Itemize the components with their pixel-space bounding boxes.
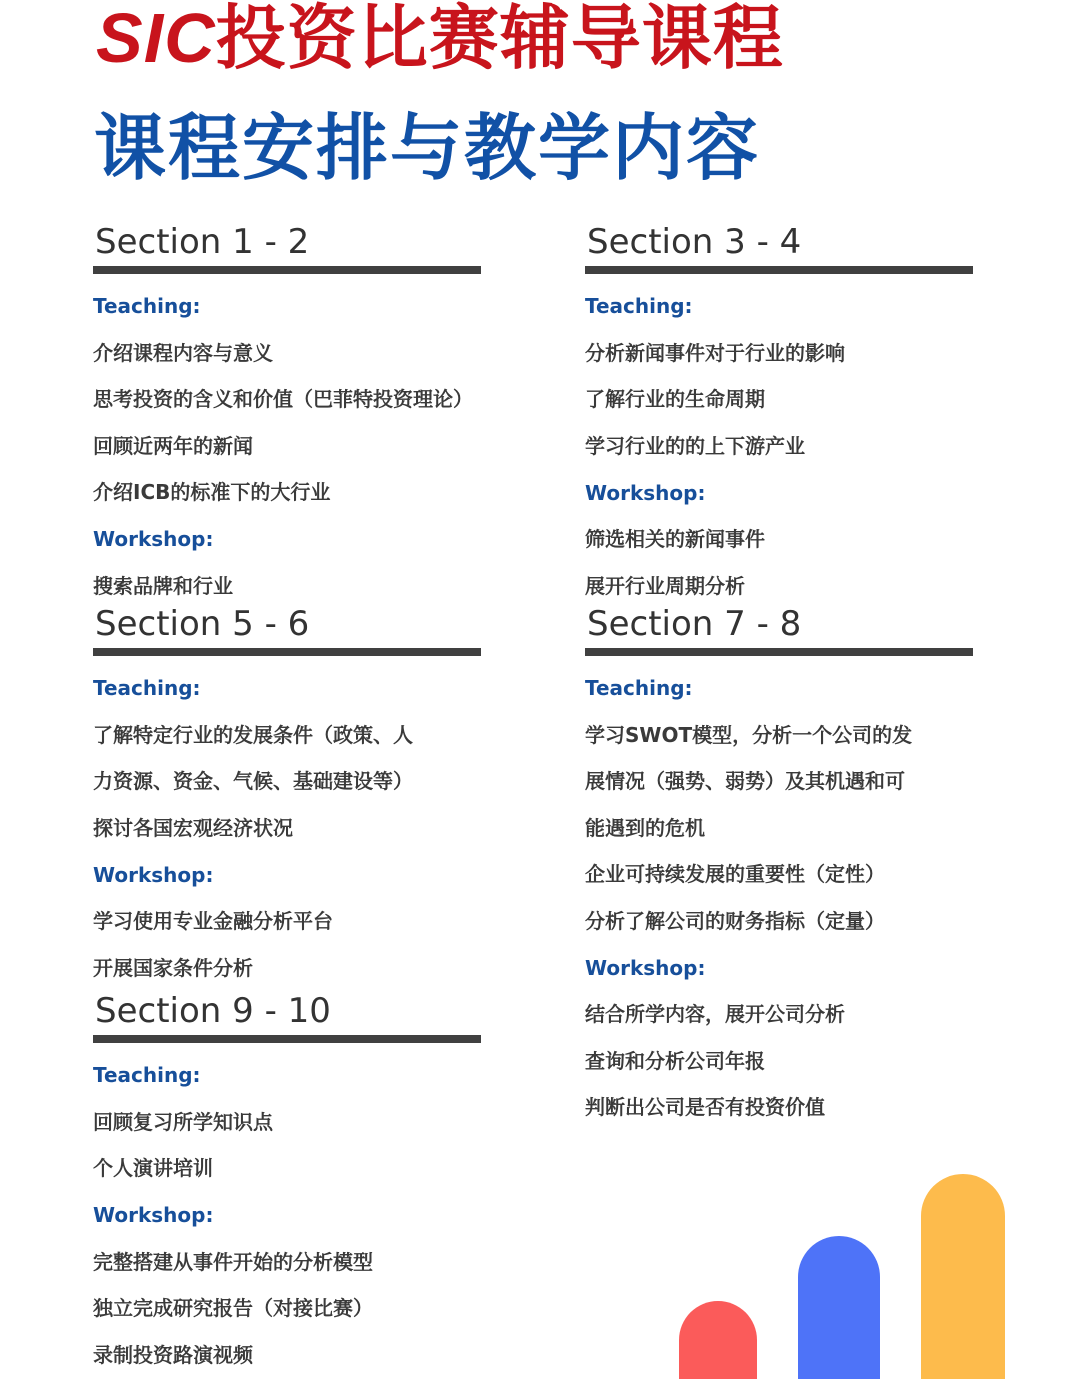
list-item: 完整搭建从事件开始的分析模型	[93, 1252, 483, 1272]
section-divider	[93, 266, 481, 274]
workshop-label: Workshop:	[93, 865, 483, 885]
section-title: Section 7 - 8	[585, 604, 975, 644]
list-item: 结合所学内容，展开公司分析	[585, 1004, 975, 1024]
list-item: 分析新闻事件对于行业的影响	[585, 343, 975, 363]
section-1-2: Section 1 - 2 Teaching: 介绍课程内容与意义 思考投资的含…	[93, 222, 483, 596]
list-item: 学习行业的的上下游产业	[585, 436, 975, 456]
workshop-label: Workshop:	[93, 529, 483, 549]
yellow-bar-icon	[921, 1174, 1005, 1379]
section-title: Section 5 - 6	[93, 604, 483, 644]
list-item: 了解特定行业的发展条件（政策、人	[93, 725, 483, 745]
list-item: 介绍课程内容与意义	[93, 343, 483, 363]
section-7-8: Section 7 - 8 Teaching: 学习SWOT模型，分析一个公司的…	[585, 604, 975, 1117]
list-item: 企业可持续发展的重要性（定性）	[585, 864, 975, 884]
list-item: 个人演讲培训	[93, 1158, 483, 1178]
list-item: 学习SWOT模型，分析一个公司的发	[585, 725, 975, 745]
list-item: 判断出公司是否有投资价值	[585, 1097, 975, 1117]
blue-bar-icon	[798, 1236, 880, 1379]
section-title: Section 3 - 4	[585, 222, 975, 262]
workshop-label: Workshop:	[585, 958, 975, 978]
list-item: 介绍ICB的标准下的大行业	[93, 482, 483, 502]
list-item: 回顾近两年的新闻	[93, 436, 483, 456]
list-item: 开展国家条件分析	[93, 958, 483, 978]
list-item: 展开行业周期分析	[585, 576, 975, 596]
teaching-label: Teaching:	[93, 678, 483, 698]
red-bar-icon	[679, 1301, 757, 1379]
list-item: 回顾复习所学知识点	[93, 1112, 483, 1132]
subtitle: 课程安排与教学内容	[94, 110, 760, 186]
list-item: 查询和分析公司年报	[585, 1051, 975, 1071]
section-divider	[585, 648, 973, 656]
list-item: 了解行业的生命周期	[585, 389, 975, 409]
list-item: 展情况（强势、弱势）及其机遇和可	[585, 771, 975, 791]
workshop-label: Workshop:	[93, 1205, 483, 1225]
title-rest: 投资比赛辅导课程	[216, 0, 784, 79]
list-item: 力资源、资金、气候、基础建设等）	[93, 771, 483, 791]
teaching-label: Teaching:	[93, 296, 483, 316]
list-item: 录制投资路演视频	[93, 1345, 483, 1365]
teaching-label: Teaching:	[585, 678, 975, 698]
list-item: 探讨各国宏观经济状况	[93, 818, 483, 838]
main-title: SIC投资比赛辅导课程	[96, 2, 784, 74]
list-item: 搜索品牌和行业	[93, 576, 483, 596]
teaching-label: Teaching:	[93, 1065, 483, 1085]
workshop-label: Workshop:	[585, 483, 975, 503]
list-item: 筛选相关的新闻事件	[585, 529, 975, 549]
section-divider	[93, 648, 481, 656]
section-9-10: Section 9 - 10 Teaching: 回顾复习所学知识点 个人演讲培…	[93, 991, 483, 1365]
list-item: 思考投资的含义和价值（巴菲特投资理论）	[93, 389, 483, 409]
teaching-label: Teaching:	[585, 296, 975, 316]
list-item: 学习使用专业金融分析平台	[93, 911, 483, 931]
section-title: Section 1 - 2	[93, 222, 483, 262]
title-prefix: SIC	[96, 0, 216, 77]
section-title: Section 9 - 10	[93, 991, 483, 1031]
section-divider	[93, 1035, 481, 1043]
section-3-4: Section 3 - 4 Teaching: 分析新闻事件对于行业的影响 了解…	[585, 222, 975, 596]
section-divider	[585, 266, 973, 274]
list-item: 能遇到的危机	[585, 818, 975, 838]
section-5-6: Section 5 - 6 Teaching: 了解特定行业的发展条件（政策、人…	[93, 604, 483, 978]
list-item: 分析了解公司的财务指标（定量）	[585, 911, 975, 931]
list-item: 独立完成研究报告（对接比赛）	[93, 1298, 483, 1318]
